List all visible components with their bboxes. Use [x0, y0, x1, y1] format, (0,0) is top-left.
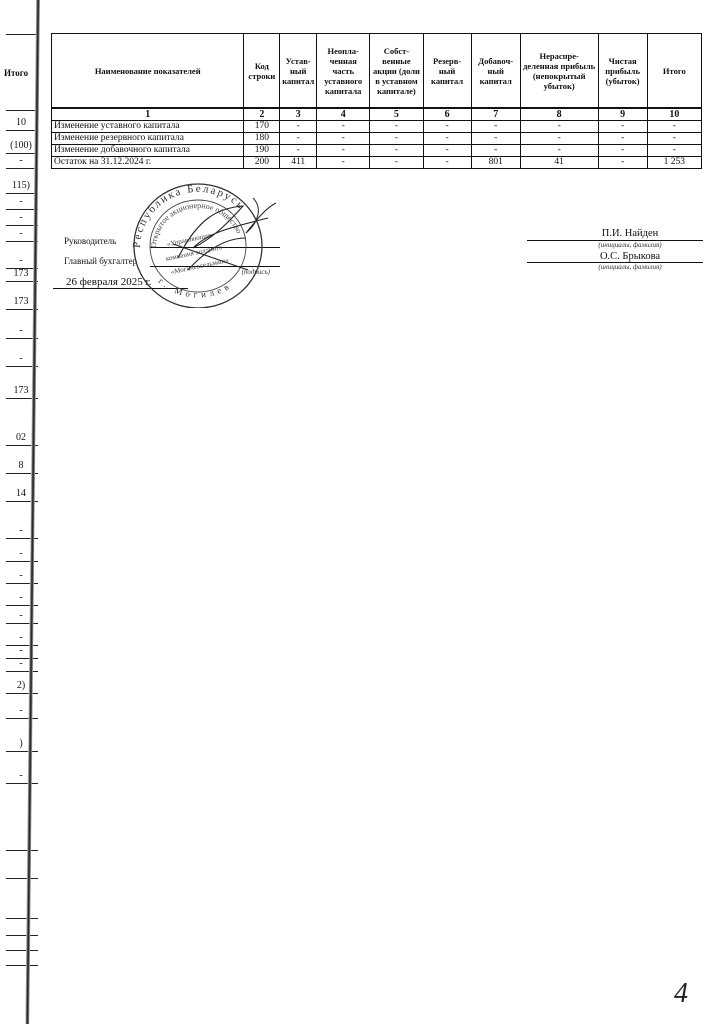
- cell-value: -: [471, 145, 520, 157]
- strip-rule: [6, 850, 38, 851]
- head-label: Руководитель: [64, 236, 116, 246]
- strip-cell: 2): [4, 680, 38, 691]
- cell-value: -: [317, 133, 370, 145]
- previous-page-strip: Итого 10(100)-115)----173173--17302814--…: [0, 0, 44, 1024]
- column-number-row: 12345678910: [52, 108, 702, 121]
- column-number: 10: [647, 108, 701, 121]
- table-row: Изменение добавочного капитала190-------…: [52, 145, 702, 157]
- cell-value: -: [280, 121, 317, 133]
- cell-value: -: [471, 133, 520, 145]
- cell-value: 411: [280, 157, 317, 169]
- strip-cell: -: [4, 770, 38, 781]
- cell-value: -: [370, 133, 423, 145]
- cell-value: -: [598, 157, 647, 169]
- official-stamp-icon: Республика Беларусь Открытое акционерное…: [118, 178, 278, 308]
- column-number: 5: [370, 108, 423, 121]
- column-number: 4: [317, 108, 370, 121]
- column-number: 7: [471, 108, 520, 121]
- strip-cell: -: [4, 705, 38, 716]
- strip-rule: [6, 671, 38, 672]
- column-header: Устав-ный капитал: [280, 34, 317, 109]
- strip-rule: [6, 783, 38, 784]
- column-number: 2: [244, 108, 280, 121]
- cell-value: -: [317, 157, 370, 169]
- header-row: Наименование показателейКод строкиУстав-…: [52, 34, 702, 109]
- cell-value: -: [647, 133, 701, 145]
- table-row: Остаток на 31.12.2024 г.200411---80141-1…: [52, 157, 702, 169]
- strip-rule: [6, 878, 38, 879]
- column-number: 8: [520, 108, 598, 121]
- cell-value: 200: [244, 157, 280, 169]
- table-row: Изменение резервного капитала180--------: [52, 133, 702, 145]
- cell-value: -: [647, 145, 701, 157]
- cell-value: -: [520, 145, 598, 157]
- cell-value: -: [520, 121, 598, 133]
- cell-value: -: [647, 121, 701, 133]
- cell-value: -: [598, 133, 647, 145]
- strip-rule: [6, 130, 38, 131]
- cell-value: -: [317, 145, 370, 157]
- row-label: Изменение уставного капитала: [52, 121, 244, 133]
- cell-value: 801: [471, 157, 520, 169]
- row-label: Остаток на 31.12.2024 г.: [52, 157, 244, 169]
- cell-value: 170: [244, 121, 280, 133]
- strip-rule: [6, 153, 38, 154]
- cell-value: -: [598, 145, 647, 157]
- accountant-name: О.С. Брыкова: [560, 251, 700, 262]
- column-header: Чистая прибыль (убыток): [598, 34, 647, 109]
- column-number: 6: [423, 108, 471, 121]
- strip-cell: 10: [4, 117, 38, 128]
- column-header: Код строки: [244, 34, 280, 109]
- cell-value: -: [370, 121, 423, 133]
- strip-rule: [6, 110, 38, 111]
- column-number: 3: [280, 108, 317, 121]
- cell-value: -: [280, 133, 317, 145]
- cell-value: 41: [520, 157, 598, 169]
- cell-value: -: [370, 145, 423, 157]
- cell-value: -: [423, 133, 471, 145]
- cell-value: 180: [244, 133, 280, 145]
- cell-value: 190: [244, 145, 280, 157]
- cell-value: -: [471, 121, 520, 133]
- equity-changes-table: Наименование показателейКод строкиУстав-…: [51, 33, 702, 169]
- strip-cell: (100): [4, 140, 38, 151]
- cell-value: -: [423, 157, 471, 169]
- svg-text:г. Могилев: г. Могилев: [157, 276, 234, 300]
- strip-rule: [6, 751, 38, 752]
- strip-rule: [6, 693, 38, 694]
- head-initials-hint: (инициалы, фамилия): [560, 241, 700, 249]
- strip-header: Итого: [4, 68, 28, 78]
- row-label: Изменение добавочного капитала: [52, 145, 244, 157]
- strip-cell: -: [4, 155, 38, 166]
- column-header: Неопла-ченная часть уставного капитала: [317, 34, 370, 109]
- column-header: Собст-венные акции (доли в уставном капи…: [370, 34, 423, 109]
- cell-value: -: [280, 145, 317, 157]
- strip-rule: [6, 168, 38, 169]
- cell-value: -: [423, 145, 471, 157]
- cell-value: -: [423, 121, 471, 133]
- cell-value: -: [317, 121, 370, 133]
- column-number: 9: [598, 108, 647, 121]
- cell-value: -: [520, 133, 598, 145]
- head-name: П.И. Найден: [560, 228, 700, 239]
- cell-value: -: [370, 157, 423, 169]
- row-label: Изменение резервного капитала: [52, 133, 244, 145]
- column-header: Добавоч-ный капитал: [471, 34, 520, 109]
- accountant-initials-hint: (инициалы, фамилия): [560, 263, 700, 271]
- strip-rule: [6, 918, 38, 919]
- cell-value: -: [598, 121, 647, 133]
- strip-rule: [6, 965, 38, 966]
- strip-cell: ): [4, 738, 38, 749]
- strip-rule: [6, 34, 38, 35]
- column-header: Резерв-ный капитал: [423, 34, 471, 109]
- strip-rule: [6, 935, 38, 936]
- column-header: Нераспре-деленная прибыль (непокрытый уб…: [520, 34, 598, 109]
- column-number: 1: [52, 108, 244, 121]
- cell-value: 1 253: [647, 157, 701, 169]
- strip-rule: [6, 950, 38, 951]
- strip-cell: 115): [4, 180, 38, 191]
- column-header: Наименование показателей: [52, 34, 244, 109]
- table-row: Изменение уставного капитала170--------: [52, 121, 702, 133]
- column-header: Итого: [647, 34, 701, 109]
- strip-rule: [6, 718, 38, 719]
- handwritten-page-number: 4: [674, 978, 688, 1010]
